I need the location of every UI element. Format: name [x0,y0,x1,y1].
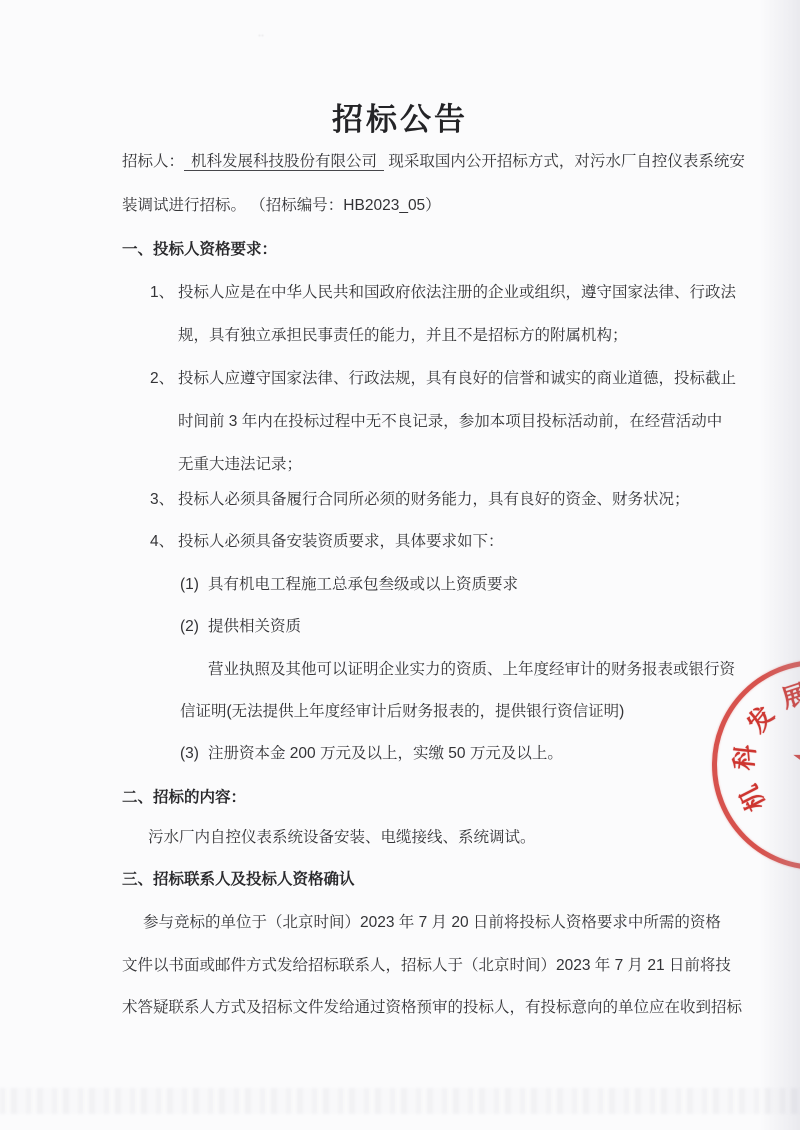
intro-line-2: 装调试进行招标。 （招标编号：HB2023_05） [122,196,441,216]
notice-line-3: 术答疑联系人方式及招标文件发给通过资格预审的投标人，有投标意向的单位应在收到招标 [122,998,742,1018]
req-item-4-line-1: 4、投标人必须具备安装资质要求，具体要求如下： [150,532,504,552]
sub-req-2-detail-line-2: 信证明(无法提供上年度经审计后财务报表的，提供银行资信证明) [180,702,624,722]
sub-req-3-number: (3) [180,744,208,764]
notice-line-1: 参与竞标的单位于（北京时间）2023 年 7 月 20 日前将投标人资格要求中所… [143,913,721,933]
company-seal: 机 科 发 展 科 技 ★ [712,660,800,870]
section3-heading: 三、招标联系人及投标人资格确认 [122,870,355,890]
bidder-name-underlined: 机科发展科技股份有限公司 [184,153,384,171]
seal-text-char-2: 科 [724,743,762,772]
req-item-4-number: 4、 [150,532,178,552]
sub-req-2-number: (2) [180,617,208,637]
req-item-1-number: 1、 [150,283,178,303]
sub-req-1-number: (1) [180,575,208,595]
sub-req-2-detail-line-1: 营业执照及其他可以证明企业实力的资质、上年度经审计的财务报表或银行资 [208,660,735,680]
bidder-label: 招标人： [122,153,184,170]
sub-req-1: (1)具有机电工程施工总承包叁级或以上资质要求 [180,575,518,595]
seal-ring-icon [712,660,800,870]
req-item-2-line-3: 无重大违法记录； [178,455,302,475]
intro-line-1: 招标人：机科发展科技股份有限公司 现采取国内公开招标方式，对污水厂自控仪表系统安 [122,152,745,172]
req-item-2-line-1: 2、投标人应遵守国家法律、行政法规，具有良好的信誉和诚实的商业道德，投标截止 [150,369,736,389]
req-item-1-line-1: 1、投标人应是在中华人民共和国政府依法注册的企业或组织，遵守国家法律、行政法 [150,283,736,303]
scanned-document-page: ·· 招标公告 招标人：机科发展科技股份有限公司 现采取国内公开招标方式，对污水… [0,0,800,1130]
req-item-2-line-2: 时间前 3 年内在投标过程中无不良记录，参加本项目投标活动前，在经营活动中 [178,412,722,432]
seal-text-char-4: 展 [777,674,800,716]
section1-heading: 一、投标人资格要求： [122,240,277,260]
req-item-2-text: 投标人应遵守国家法律、行政法规，具有良好的信誉和诚实的商业道德，投标截止 [178,370,736,387]
document-title: 招标公告 [0,94,800,139]
req-item-1-line-2: 规，具有独立承担民事责任的能力，并且不是招标方的附属机构； [178,326,628,346]
seal-text-char-3: 发 [738,697,782,739]
req-item-2-number: 2、 [150,369,178,389]
scan-bottom-noise [0,1088,800,1114]
sub-req-2-text: 提供相关资质 [208,618,301,635]
intro-line-1-rest: 现采取国内公开招标方式，对污水厂自控仪表系统安 [388,153,745,170]
req-item-3-line-1: 3、投标人必须具备履行合同所必须的财务能力，具有良好的资金、财务状况； [150,490,690,510]
scan-smudge: ·· [258,30,284,37]
scan-edge-shading [760,0,800,1130]
req-item-3-text: 投标人必须具备履行合同所必须的财务能力，具有良好的资金、财务状况； [178,491,690,508]
sub-req-3: (3)注册资本金 200 万元及以上，实缴 50 万元及以上。 [180,744,563,764]
seal-star-icon: ★ [789,732,800,794]
req-item-3-number: 3、 [150,490,178,510]
sub-req-3-text: 注册资本金 200 万元及以上，实缴 50 万元及以上。 [208,745,563,762]
sub-req-2: (2)提供相关资质 [180,617,301,637]
section2-heading: 二、招标的内容： [122,788,246,808]
sub-req-1-text: 具有机电工程施工总承包叁级或以上资质要求 [208,576,518,593]
notice-line-2: 文件以书面或邮件方式发给招标联系人，招标人于（北京时间）2023 年 7 月 2… [122,956,731,976]
req-item-1-text: 投标人应是在中华人民共和国政府依法注册的企业或组织，遵守国家法律、行政法 [178,284,736,301]
seal-text-char-1: 机 [729,779,772,818]
req-item-4-text: 投标人必须具备安装资质要求，具体要求如下： [178,533,504,550]
section2-body: 污水厂内自控仪表系统设备安装、电缆接线、系统调试。 [148,828,536,848]
